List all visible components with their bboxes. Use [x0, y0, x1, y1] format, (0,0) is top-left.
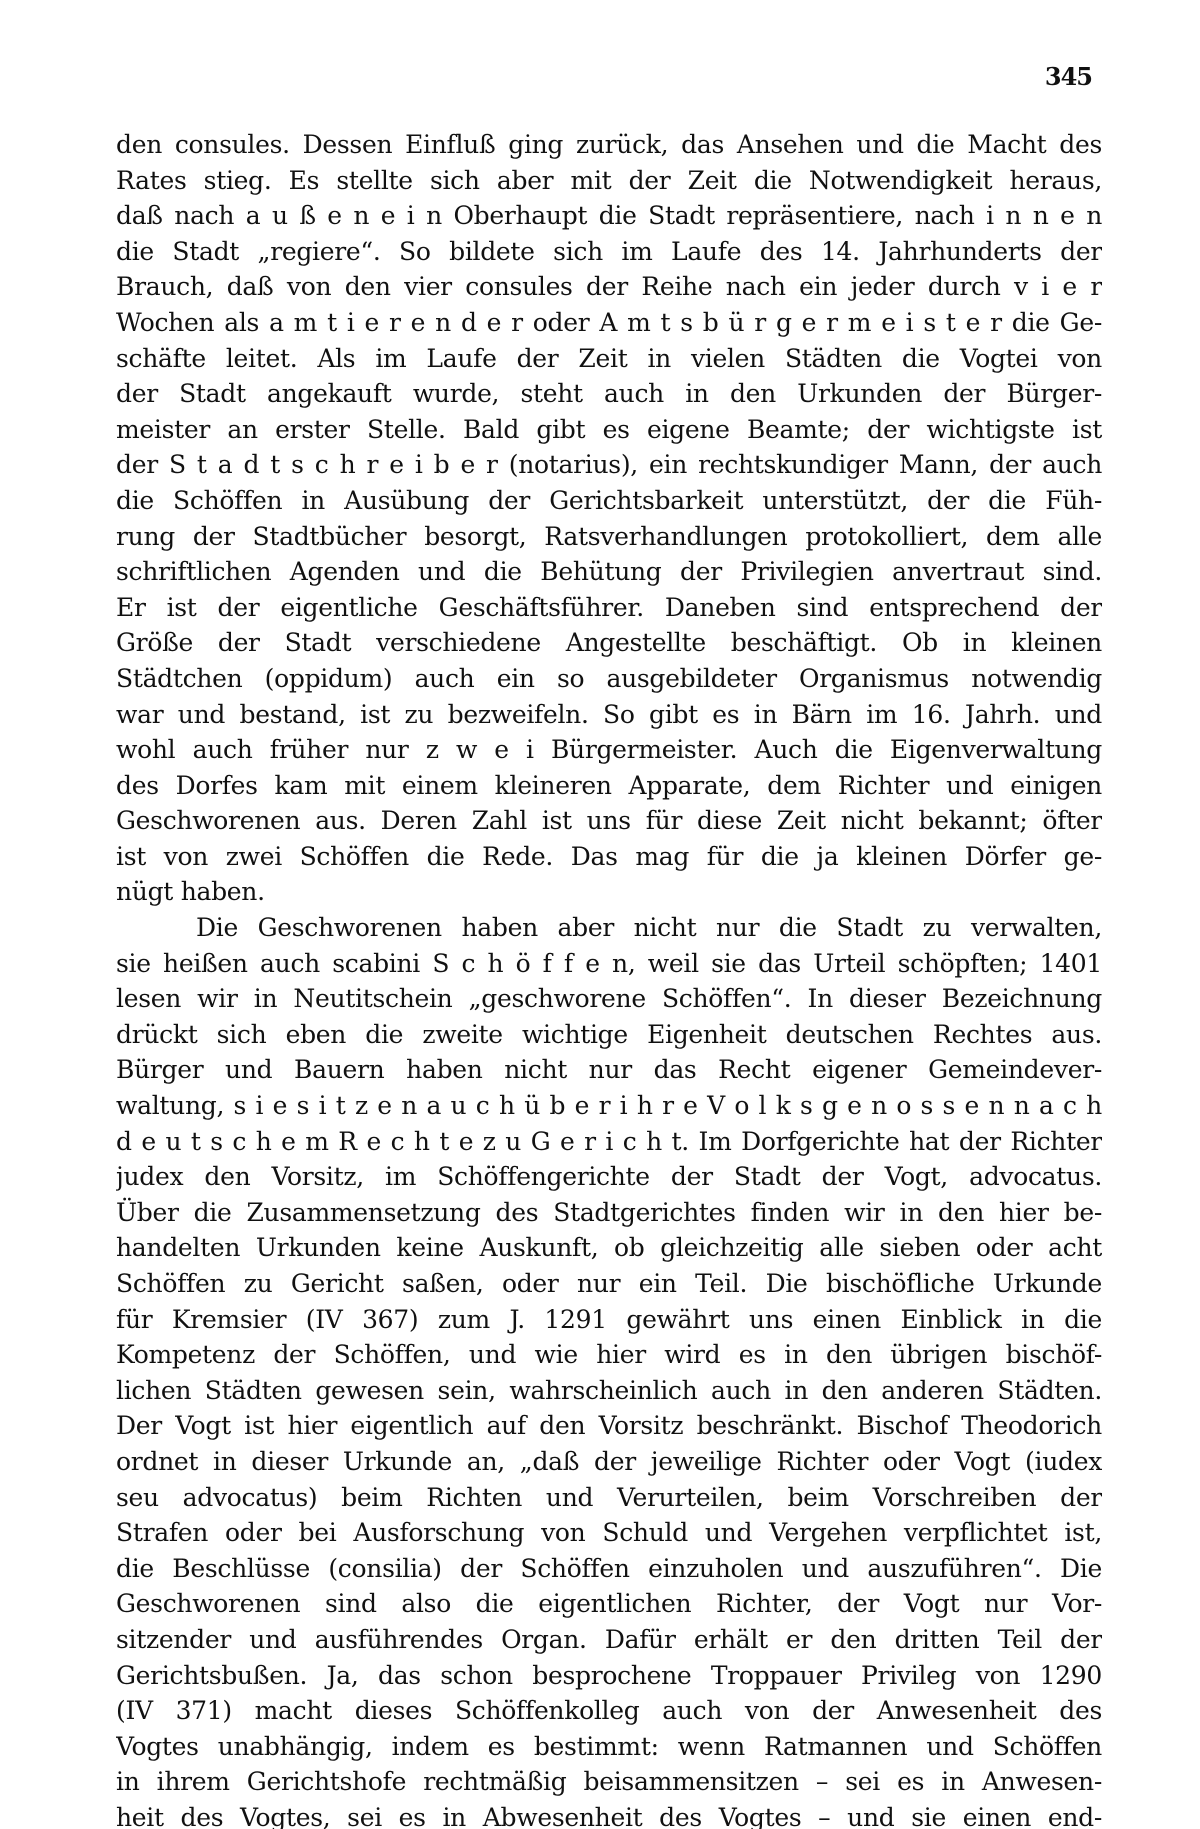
text-line: Geschworenen sind also die eigentlichen …: [116, 1586, 1102, 1622]
text-line: war und bestand, ist zu bezweifeln. So g…: [116, 697, 1102, 733]
text-line: Geschworenen aus. Deren Zahl ist uns für…: [116, 803, 1102, 839]
text-line: Der Vogt ist hier eigentlich auf den Vor…: [116, 1408, 1102, 1444]
text-line: d e u t s c h e m R e c h t e z u G e r …: [116, 1124, 1102, 1160]
text-line: ist von zwei Schöffen die Rede. Das mag …: [116, 839, 1102, 875]
text-line: Kompetenz der Schöffen, und wie hier wir…: [116, 1337, 1102, 1373]
text-line: Die Geschworenen haben aber nicht nur di…: [116, 910, 1102, 946]
text-line: den consules. Dessen Einfluß ging zurück…: [116, 127, 1102, 163]
text-line: Gerichtsbußen. Ja, das schon besprochene…: [116, 1658, 1102, 1694]
text-line: Städtchen (oppidum) auch ein so ausgebil…: [116, 661, 1102, 697]
text-line: Strafen oder bei Ausforschung von Schuld…: [116, 1515, 1102, 1551]
text-line: Er ist der eigentliche Geschäftsführer. …: [116, 590, 1102, 626]
text-line: der Stadt angekauft wurde, steht auch in…: [116, 376, 1102, 412]
text-line: seu advocatus) beim Richten und Verurtei…: [116, 1480, 1102, 1516]
text-line: Schöffen zu Gericht saßen, oder nur ein …: [116, 1266, 1102, 1302]
text-line: lesen wir in Neutitschein „geschworene S…: [116, 981, 1102, 1017]
page-number: 345: [1045, 62, 1092, 91]
text-line: in ihrem Gerichtshofe rechtmäßig beisamm…: [116, 1764, 1102, 1800]
text-line: drückt sich eben die zweite wichtige Eig…: [116, 1017, 1102, 1053]
text-line: die Stadt „regiere“. So bildete sich im …: [116, 234, 1102, 270]
text-line: Über die Zusammensetzung des Stadtgerich…: [116, 1195, 1102, 1231]
text-line: judex den Vorsitz, im Schöffengerichte d…: [116, 1159, 1102, 1195]
text-line: lichen Städten gewesen sein, wahrscheinl…: [116, 1373, 1102, 1409]
text-line: Bürger und Bauern haben nicht nur das Re…: [116, 1052, 1102, 1088]
text-line: Wochen als a m t i e r e n d e r oder A …: [116, 305, 1102, 341]
text-line: für Kremsier (IV 367) zum J. 1291 gewähr…: [116, 1302, 1102, 1338]
text-line: schriftlichen Agenden und die Behütung d…: [116, 554, 1102, 590]
text-line: (IV 371) macht dieses Schöffenkolleg auc…: [116, 1693, 1102, 1729]
text-line: Vogtes unabhängig, indem es bestimmt: we…: [116, 1729, 1102, 1765]
text-line: der S t a d t s c h r e i b e r (notariu…: [116, 447, 1102, 483]
text-line: ordnet in dieser Urkunde an, „daß der je…: [116, 1444, 1102, 1480]
text-line: wohl auch früher nur z w e i Bürgermeist…: [116, 732, 1102, 768]
text-line: meister an erster Stelle. Bald gibt es e…: [116, 412, 1102, 448]
text-line: schäfte leitet. Als im Laufe der Zeit in…: [116, 341, 1102, 377]
text-line: handelten Urkunden keine Auskunft, ob gl…: [116, 1230, 1102, 1266]
text-line: heit des Vogtes, sei es in Abwesenheit d…: [116, 1800, 1102, 1829]
text-line: die Schöffen in Ausübung der Gerichtsbar…: [116, 483, 1102, 519]
text-line: Brauch, daß von den vier consules der Re…: [116, 269, 1102, 305]
text-line: die Beschlüsse (consilia) der Schöffen e…: [116, 1551, 1102, 1587]
body-text: den consules. Dessen Einfluß ging zurück…: [116, 127, 1102, 1829]
text-line: Größe der Stadt verschiedene Angestellte…: [116, 625, 1102, 661]
text-line: Rates stieg. Es stellte sich aber mit de…: [116, 163, 1102, 199]
text-line: des Dorfes kam mit einem kleineren Appar…: [116, 768, 1102, 804]
text-line: sie heißen auch scabini S c h ö f f e n,…: [116, 946, 1102, 982]
text-line: nügt haben.: [116, 874, 1102, 910]
text-line: daß nach a u ß e n e i n Oberhaupt die S…: [116, 198, 1102, 234]
text-line: waltung, s i e s i t z e n a u c h ü b e…: [116, 1088, 1102, 1124]
text-line: sitzender und ausführendes Organ. Dafür …: [116, 1622, 1102, 1658]
text-line: rung der Stadtbücher besorgt, Ratsverhan…: [116, 519, 1102, 555]
